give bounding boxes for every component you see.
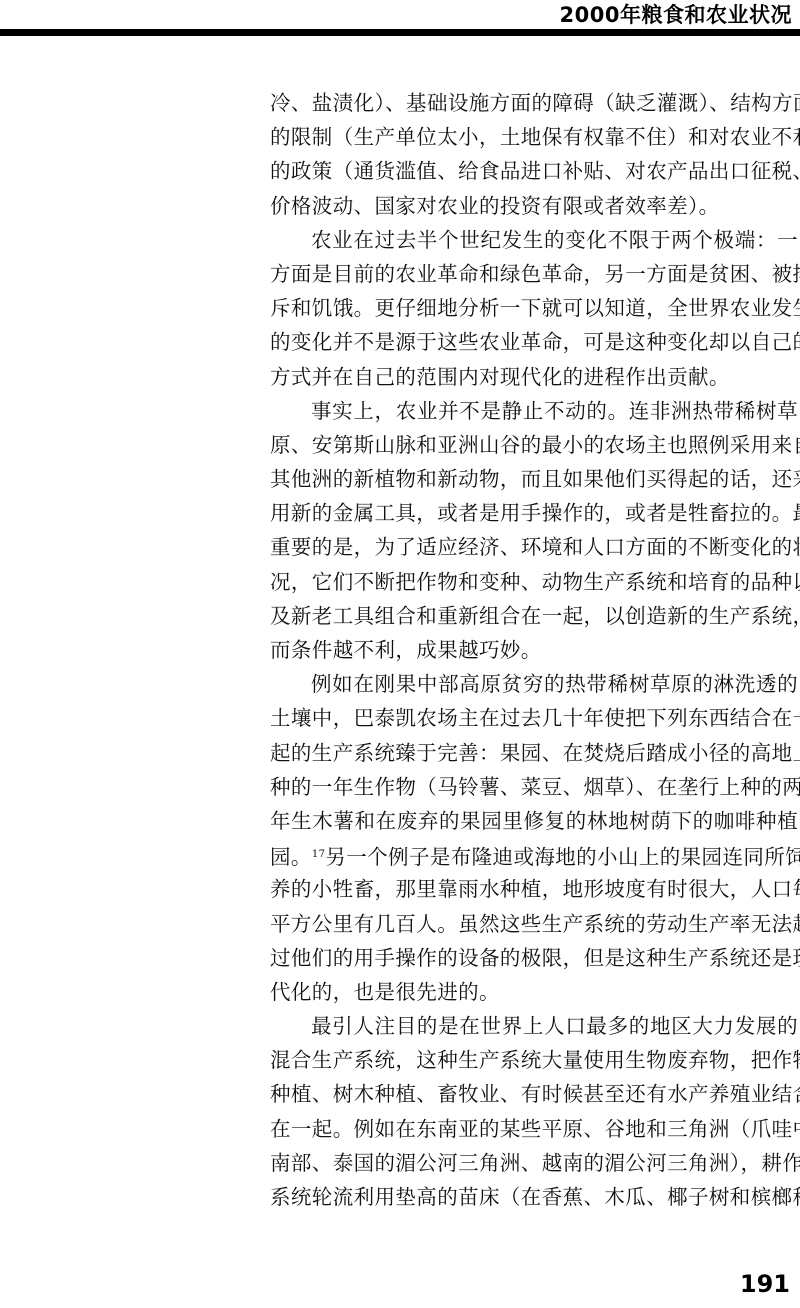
- text-line: 过他们的用手操作的设备的极限，但是这种生产系统还是现: [270, 941, 798, 975]
- text-line: 养的小牲畜，那里靠雨水种植，地形坡度有时很大，人口每: [270, 872, 798, 906]
- text-line: 起的生产系统臻于完善：果园、在焚烧后踏成小径的高地上: [270, 736, 798, 770]
- text-line: 斥和饥饿。更仔细地分析一下就可以知道，全世界农业发生: [270, 291, 798, 325]
- text-line: 系统轮流利用垫高的苗床（在香蕉、木瓜、椰子树和槟榔种: [270, 1180, 798, 1214]
- text-line: 的政策（通货滥值、给食品进口补贴、对农产品出口征税、: [270, 154, 798, 188]
- paragraph-first-line: 例如在刚果中部高原贫穷的热带稀树草原的淋洗透的: [270, 667, 798, 701]
- body-text: 冷、盐渍化）、基础设施方面的障碍（缺乏灌溉）、结构方面 的限制（生产单位太小，土…: [270, 86, 798, 1214]
- paragraph-first-line: 事实上，农业并不是静止不动的。连非洲热带稀树草: [270, 394, 798, 428]
- text-line: 原、安第斯山脉和亚洲山谷的最小的农场主也照例采用来自: [270, 428, 798, 462]
- text-line: 况，它们不断把作物和变种、动物生产系统和培育的品种以: [270, 565, 798, 599]
- text-line: 种的一年生作物（马铃薯、菜豆、烟草）、在垄行上种的两: [270, 770, 798, 804]
- paragraph-first-line: 最引人注目的是在世界上人口最多的地区大力发展的: [270, 1009, 798, 1043]
- text-line: 的变化并不是源于这些农业革命，可是这种变化却以自己的: [270, 325, 798, 359]
- text-line: 冷、盐渍化）、基础设施方面的障碍（缺乏灌溉）、结构方面: [270, 86, 798, 120]
- text-line: 价格波动、国家对农业的投资有限或者效率差）。: [270, 189, 798, 223]
- header-rule: [0, 29, 800, 36]
- text-line: 而条件越不利，成果越巧妙。: [270, 633, 798, 667]
- text-line: 年生木薯和在废弃的果园里修复的林地树荫下的咖啡种植: [270, 804, 798, 838]
- footnote-reference[interactable]: 17: [312, 849, 326, 860]
- text-line-with-footnote: 园。17另一个例子是布隆迪或海地的小山上的果园连同所饲: [270, 838, 798, 872]
- line-start: 园。: [270, 845, 312, 869]
- page-number: 191: [740, 1270, 790, 1298]
- text-line: 方面是目前的农业革命和绿色革命，另一方面是贫困、被排: [270, 257, 798, 291]
- text-line: 混合生产系统，这种生产系统大量使用生物废弃物，把作物: [270, 1043, 798, 1077]
- text-line: 的限制（生产单位太小，土地保有权靠不住）和对农业不利: [270, 120, 798, 154]
- paragraph-first-line: 农业在过去半个世纪发生的变化不限于两个极端：一: [270, 223, 798, 257]
- text-line: 平方公里有几百人。虽然这些生产系统的劳动生产率无法超: [270, 907, 798, 941]
- text-line: 南部、泰国的湄公河三角洲、越南的湄公河三角洲），耕作: [270, 1146, 798, 1180]
- text-line: 土壤中，巴泰凯农场主在过去几十年使把下列东西结合在一: [270, 701, 798, 735]
- text-line: 方式并在自己的范围内对现代化的进程作出贡献。: [270, 360, 798, 394]
- text-line: 及新老工具组合和重新组合在一起，以创造新的生产系统，: [270, 599, 798, 633]
- text-line: 代化的，也是很先进的。: [270, 975, 798, 1009]
- text-line: 重要的是，为了适应经济、环境和人口方面的不断变化的状: [270, 530, 798, 564]
- text-line: 用新的金属工具，或者是用手操作的，或者是牲畜拉的。最: [270, 496, 798, 530]
- text-line: 种植、树木种植、畜牧业、有时候甚至还有水产养殖业结合: [270, 1077, 798, 1111]
- line-rest: 另一个例子是布隆迪或海地的小山上的果园连同所饲: [325, 845, 800, 869]
- running-head: 2000年粮食和农业状况: [560, 2, 792, 28]
- text-line: 其他洲的新植物和新动物，而且如果他们买得起的话，还采: [270, 462, 798, 496]
- text-line: 在一起。例如在东南亚的某些平原、谷地和三角洲（爪哇中: [270, 1112, 798, 1146]
